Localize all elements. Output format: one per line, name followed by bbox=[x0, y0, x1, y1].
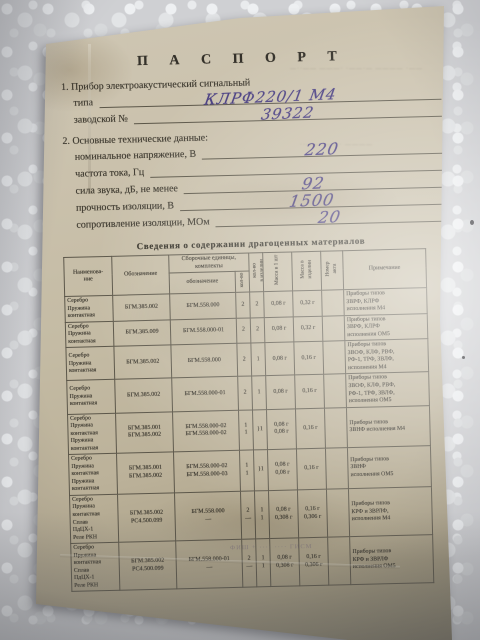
cell-unit-designation: БГМ.558.000-02 БГМ.558.000-03 bbox=[174, 451, 241, 493]
cell-note: Приборы типов КРФ и ЗВРЛФ, исполнения М4 bbox=[348, 487, 432, 537]
cell-note: Приборы типов ЗВРФ, КЛРФ исполнения М4 bbox=[344, 288, 428, 316]
cell-designation: БГМ.385.001 БГМ.385.002 bbox=[116, 412, 174, 454]
cell-note: Приборы типов ЗВНФ исполнения ОМ5 bbox=[347, 446, 431, 489]
cell-name: Серебро Пружина контактная bbox=[66, 347, 115, 381]
cell-act bbox=[326, 489, 349, 538]
cell-act bbox=[323, 341, 346, 375]
item-2-label: Основные технические данные: bbox=[72, 132, 208, 146]
cell-designation: БГМ.385.009 bbox=[113, 320, 171, 347]
header-qty: кол-во bbox=[235, 271, 250, 293]
cell-designation: БГМ.385.002 РС4.500.099 bbox=[119, 541, 177, 591]
field-sound-level-label: сила звука, дБ, не менее bbox=[75, 183, 184, 197]
cell-qty-product: 2 bbox=[250, 317, 265, 343]
precious-materials-table: Наименова- ние Обозначение Сборочные еди… bbox=[63, 248, 434, 592]
cell-mass-unit: 0,08 г bbox=[266, 375, 296, 409]
field-insulation-resistance-line: 20 bbox=[215, 208, 444, 228]
section-1: 1. Прибор электроакустический сигнальный… bbox=[43, 73, 442, 127]
debris-speck bbox=[462, 356, 465, 359]
cell-unit-designation: БГМ.558.000 bbox=[171, 344, 238, 379]
cell-qty: 1 1 bbox=[239, 450, 254, 491]
cell-name: Серебро Пружина контактная bbox=[67, 380, 116, 414]
field-type-label: типа bbox=[73, 97, 99, 109]
cell-mass-unit: 0,08 г 0,08 г bbox=[266, 409, 296, 450]
cell-act bbox=[322, 315, 345, 341]
photo-scene: П А С П О Р Т 1. Прибор электроакустичес… bbox=[0, 0, 480, 640]
header-sub-designation: обозначение bbox=[169, 271, 235, 294]
cell-mass-product: 0,16 г bbox=[295, 408, 325, 449]
cell-qty: 2 — bbox=[240, 491, 255, 540]
cell-qty: 2 bbox=[236, 318, 251, 344]
header-note: Примечание bbox=[343, 249, 427, 290]
header-mass-per-unit: Масса в 1 шт bbox=[263, 252, 293, 292]
cell-designation: БГМ.385.002 bbox=[113, 294, 171, 321]
cell-act bbox=[322, 290, 345, 316]
paper-shadow: П А С П О Р Т 1. Прибор электроакустичес… bbox=[0, 0, 480, 640]
cell-qty-product: 1 bbox=[252, 376, 267, 409]
field-insulation-strength-label: прочность изоляции, В bbox=[76, 200, 180, 214]
cell-unit-designation: БГМ.558.000-01 bbox=[170, 318, 237, 345]
item-2-number: 2. bbox=[62, 136, 70, 147]
cell-mass-product: 0,16 г bbox=[296, 448, 326, 489]
field-voltage-label: номинальное напряжение, В bbox=[75, 149, 203, 163]
paper-sheet: П А С П О Р Т 1. Прибор электроакустичес… bbox=[0, 0, 480, 640]
field-insulation-resistance-label: сопротивление изоляции, МОм bbox=[76, 216, 215, 230]
cell-qty: 1 1 bbox=[238, 410, 253, 451]
cell-name: Серебро Пружина контактная Пружина конта… bbox=[68, 413, 117, 455]
cell-act bbox=[325, 448, 348, 489]
cell-name: Серебро Пружина контактная Сплав ПдЦХ-1 … bbox=[70, 494, 119, 543]
cell-mass-product: 0,16 г 0,306 г bbox=[297, 489, 327, 538]
passport-document: П А С П О Р Т 1. Прибор электроакустичес… bbox=[42, 15, 454, 593]
cell-designation: БГМ.385.002 bbox=[115, 378, 173, 413]
cell-qty-product: }1 bbox=[253, 450, 268, 491]
cell-mass-product: 0,32 г bbox=[293, 290, 323, 316]
cell-qty-product: 2 bbox=[250, 292, 265, 318]
cell-unit-designation: БГМ.558.000 — bbox=[174, 491, 241, 541]
cell-qty-product: 1 1 bbox=[254, 491, 269, 540]
cell-mass-unit: 0,08 г 0,08 г bbox=[267, 449, 297, 490]
cell-note: Приборы типов ЗВРФ, КЛРФ исполнения ОМ5 bbox=[344, 313, 428, 341]
cell-qty-product: }1 bbox=[253, 409, 268, 450]
cell-mass-product: 0,16 г bbox=[295, 375, 325, 409]
cell-name: Серебро Пружина контактная Сплав ПдЦХ-1 … bbox=[71, 542, 120, 591]
header-qty-in-product: кол-во в изделии bbox=[249, 253, 264, 293]
header-act-number: Номер акта bbox=[321, 251, 344, 291]
table-row: Серебро Пружина контактная Сплав ПдЦХ-1 … bbox=[70, 487, 433, 544]
field-serial-label: заводской № bbox=[74, 113, 134, 125]
cell-name: Серебро Пружина контактная bbox=[65, 321, 114, 348]
cell-note: Приборы типов ЗВНФ исполнения М4 bbox=[346, 405, 430, 448]
cell-unit-designation: БГМ.558.000-02 БГМ.558.000-02 bbox=[173, 410, 240, 452]
cell-unit-designation: БГМ.558.000-01 bbox=[172, 377, 239, 412]
cell-note: Приборы типов ЗВОФ, КЛФ, РВФ, РФ-1, ТРФ,… bbox=[345, 339, 429, 374]
section-2: 2. Основные технические данные: номиналь… bbox=[44, 127, 444, 232]
cell-qty: 2 bbox=[238, 376, 253, 409]
cell-mass-product: 0,32 г bbox=[293, 316, 323, 342]
cell-name: Серебро Пружина контактная Пружина конта… bbox=[69, 454, 118, 496]
cell-designation: БГМ.385.002 bbox=[114, 345, 172, 380]
cell-qty: 2 bbox=[237, 343, 252, 376]
header-mass-in-product: Масса в изделии bbox=[292, 251, 322, 291]
cell-note: Приборы типов ЗВОФ, КЛФ, РВФ, РФ-1, ТРФ,… bbox=[346, 372, 430, 407]
cell-mass-unit: 0,08 г 0,308 г bbox=[268, 490, 298, 539]
cell-designation: БГМ.385.002 РС4.500.099 bbox=[118, 493, 176, 543]
cell-designation: БГМ.385.001 БГМ.385.002 bbox=[117, 452, 175, 494]
cell-name: Серебро Пружина контактная bbox=[65, 296, 114, 323]
cell-qty-product: 1 bbox=[251, 343, 266, 376]
cell-act bbox=[324, 374, 347, 408]
cell-mass-product: 0,16 г bbox=[294, 342, 324, 376]
cell-mass-unit: 0,08 г bbox=[264, 317, 294, 343]
debris-speck bbox=[470, 220, 474, 225]
cell-act bbox=[324, 407, 347, 448]
header-assembly-units-group: Сборочные единицы, комплекты bbox=[169, 253, 249, 273]
cell-mass-unit: 0,08 г bbox=[265, 342, 295, 376]
header-designation: Обозначение bbox=[112, 255, 170, 296]
field-frequency-label: частота тока, Гц bbox=[75, 167, 150, 180]
cell-qty: 2 bbox=[236, 292, 251, 318]
header-name: Наименова- ние bbox=[64, 256, 113, 296]
cell-mass-unit: 0,08 г bbox=[264, 291, 294, 317]
item-1-number: 1. bbox=[61, 82, 69, 93]
cell-unit-designation: БГМ.558.000 bbox=[170, 293, 237, 320]
doc-title: П А С П О Р Т bbox=[42, 47, 440, 73]
